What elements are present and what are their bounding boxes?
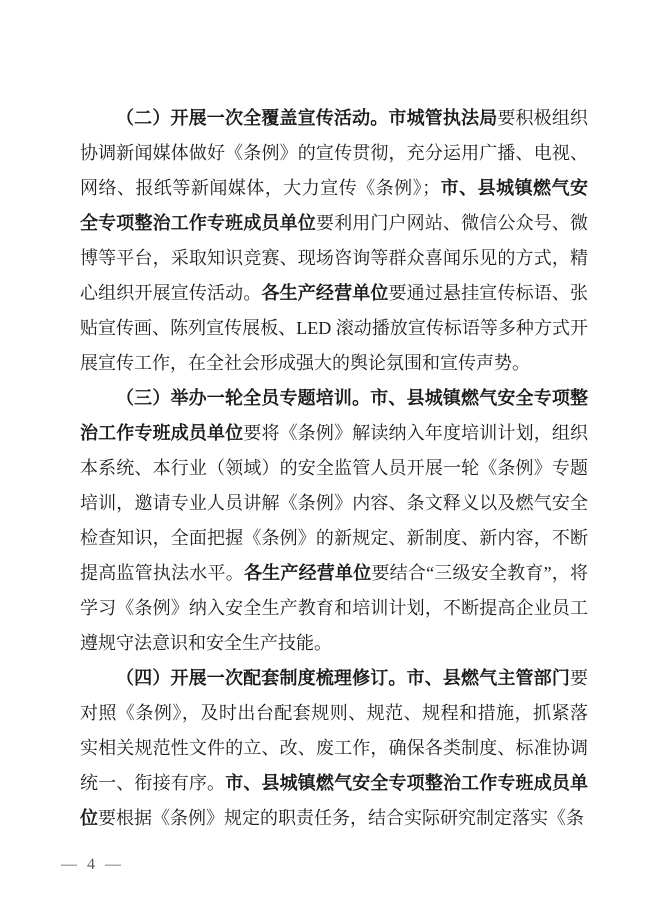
- document-body: （二）开展一次全覆盖宣传活动。市城管执法局要积极组织协调新闻媒体做好《条例》的宣…: [80, 101, 588, 836]
- paragraph-section-2: （二）开展一次全覆盖宣传活动。市城管执法局要积极组织协调新闻媒体做好《条例》的宣…: [80, 101, 588, 381]
- section-3-heading: （三）举办一轮全员专题培训。: [116, 388, 370, 408]
- paragraph-section-4: （四）开展一次配套制度梳理修订。市、县燃气主管部门要对照《条例》，及时出台配套规…: [80, 661, 588, 836]
- paragraph-section-3: （三）举办一轮全员专题培训。市、县城镇燃气安全专项整治工作专班成员单位要将《条例…: [80, 381, 588, 661]
- org-name: 市城管执法局: [388, 108, 497, 128]
- section-4-heading: （四）开展一次配套制度梳理修订。: [116, 668, 407, 688]
- body-text: 要根据《条例》规定的职责任务，结合实际研究制定落实《条: [98, 808, 584, 828]
- section-2-heading: （二）开展一次全覆盖宣传活动。: [116, 108, 388, 128]
- org-name: 市、县燃气主管部门: [407, 668, 570, 688]
- org-name: 各生产经营单位: [244, 563, 372, 583]
- org-name: 各生产经营单位: [261, 283, 388, 303]
- body-text: 要将《条例》解读纳入年度培训计划，组织本系统、本行业（领域）的安全监管人员开展一…: [80, 423, 588, 583]
- page-footer: — 4 —: [61, 853, 124, 877]
- page-number: — 4 —: [61, 856, 124, 873]
- document-page: （二）开展一次全覆盖宣传活动。市城管执法局要积极组织协调新闻媒体做好《条例》的宣…: [0, 0, 667, 901]
